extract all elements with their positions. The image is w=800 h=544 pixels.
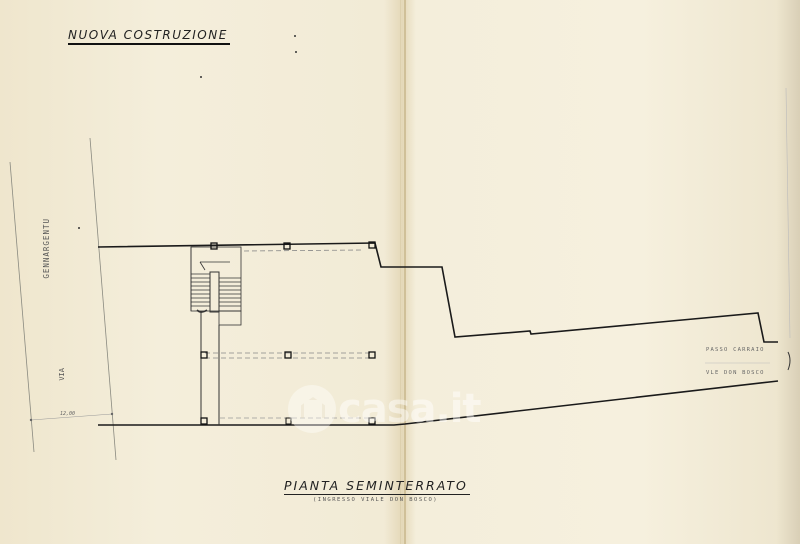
- floor-plan-drawing: [0, 0, 800, 544]
- casa-logo-icon: [288, 385, 336, 433]
- right-boundary-line: [786, 88, 790, 338]
- street-edge-left: [10, 162, 34, 452]
- drawing-title: NUOVA COSTRUZIONE: [68, 28, 230, 45]
- street-width-label: 12,00: [60, 411, 75, 417]
- beam-line-top: [244, 250, 363, 251]
- speck: [294, 35, 296, 37]
- speck: [78, 227, 80, 229]
- building-outline: [98, 243, 778, 342]
- street-name-label: GENNARGENTU: [42, 218, 72, 279]
- plan-title: PIANTA SEMINTERRATO: [284, 478, 470, 495]
- stairwell: [191, 247, 241, 425]
- speck: [200, 76, 202, 78]
- watermark: casa.it: [288, 385, 481, 433]
- passo-carraio-label: PASSO CARRAIO: [706, 347, 765, 353]
- street-edge-right: [90, 138, 116, 460]
- floor-plan-sheet: NUOVA COSTRUZIONE GENNARGENTU VIA 12,00 …: [0, 0, 800, 544]
- speck: [295, 51, 297, 53]
- plan-subtitle: (INGRESSO VIALE DON BOSCO): [313, 497, 438, 503]
- viale-don-bosco-label: VLE DON BOSCO: [706, 370, 765, 376]
- street-prefix-label: VIA: [58, 368, 66, 381]
- brace: [788, 352, 790, 370]
- watermark-text: casa.it: [338, 386, 481, 432]
